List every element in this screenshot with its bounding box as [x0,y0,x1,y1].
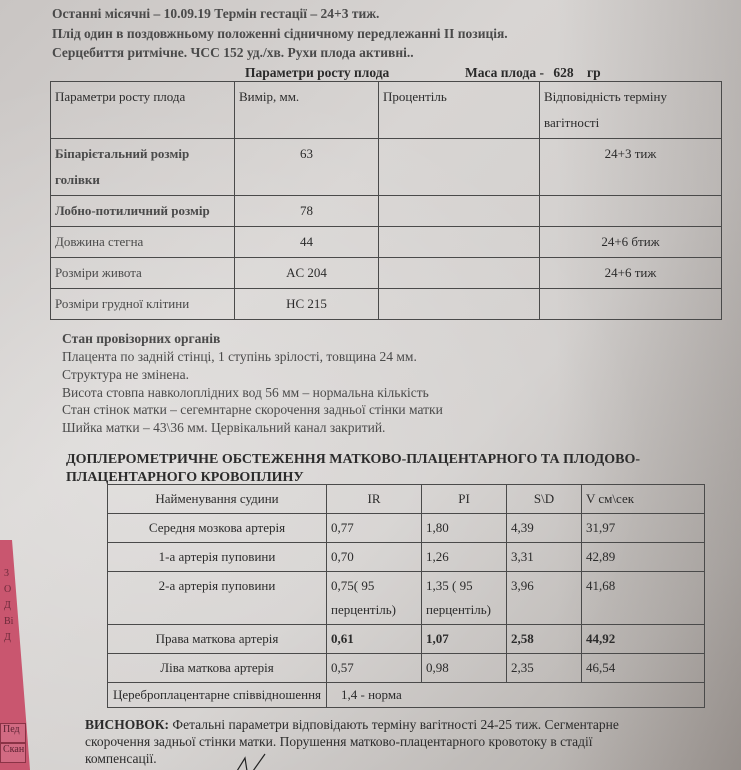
signature-mark [235,752,275,770]
ir-value: 0,61 [327,625,422,654]
param-term [540,196,722,227]
param-name: Лобно-потиличний розмір [51,196,235,227]
table-row: Середня мозкова артерія 0,77 1,80 4,39 3… [108,514,705,543]
pink-letter: Д [4,600,11,611]
param-percentile [379,227,540,258]
conclusion-line2: скорочення задньої стінки матки. Порушен… [85,734,593,750]
vessel-name: Ліва маткова артерія [108,654,327,683]
param-term: 24+6 тиж [540,258,722,289]
doppler-table: Найменування судини IR PI S\D V см\сек С… [107,484,705,708]
column-header: S\D [507,485,582,514]
param-percentile [379,196,540,227]
param-name: Довжина стегна [51,227,235,258]
fetus-position-line: Плід один в поздовжньому положенні сідни… [52,26,508,42]
fetal-mass-value: 628 [553,65,573,80]
column-header: V см\сек [582,485,705,514]
vessel-name: 1-а артерія пуповини [108,543,327,572]
sd-value: 2,58 [507,625,582,654]
table-row: Цереброплацентарне співвідношення 1,4 - … [108,683,705,708]
pink-letter: Д [4,632,11,643]
table-row: Ліва маткова артерія 0,57 0,98 2,35 46,5… [108,654,705,683]
v-value: 44,92 [582,625,705,654]
vessel-name: Права маткова артерія [108,625,327,654]
ir-value: 0,77 [327,514,422,543]
column-header: IR [327,485,422,514]
provisional-line: Висота стовпа навколоплідних вод 56 мм –… [62,385,429,401]
pink-letter: 3 [4,568,9,579]
table-row: Лобно-потиличний розмір 78 [51,196,722,227]
table-row: Довжина стегна 44 24+6 бтиж [51,227,722,258]
param-percentile [379,139,540,196]
param-name: Розміри грудної клітини [51,289,235,320]
pi-value: 1,80 [422,514,507,543]
pink-letter: Ві [4,616,13,627]
column-header: Відповідність терміну вагітності [540,82,722,139]
v-value: 42,89 [582,543,705,572]
pink-letter: О [4,584,11,595]
column-header: Параметри росту плода [51,82,235,139]
fetal-mass-unit: гр [587,65,601,80]
provisional-title: Стан провізорних органів [62,331,220,347]
vessel-name: Середня мозкова артерія [108,514,327,543]
column-header: Вимір, мм. [235,82,379,139]
provisional-line: Шийка матки – 43\36 мм. Цервікальний кан… [62,420,385,436]
column-header: Процентіль [379,82,540,139]
provisional-line: Структура не змінена. [62,367,189,383]
growth-parameters-table: Параметри росту плода Вимір, мм. Процент… [50,81,722,320]
table-row: Права маткова артерія 0,61 1,07 2,58 44,… [108,625,705,654]
sd-value: 3,31 [507,543,582,572]
param-value: 78 [235,196,379,227]
conclusion-line3: компенсації. [85,751,157,767]
param-percentile [379,258,540,289]
vessel-name: 2-а артерія пуповини [108,572,327,625]
column-header: PI [422,485,507,514]
table-row: Розміри грудної клітини HC 215 [51,289,722,320]
pi-value: 1,07 [422,625,507,654]
v-value: 46,54 [582,654,705,683]
param-percentile [379,289,540,320]
param-value: HC 215 [235,289,379,320]
conclusion-label: ВИСНОВОК: [85,717,169,732]
pi-value: 1,35 ( 95 перцентіль) [422,572,507,625]
param-name: Біпарієтальний розмір голівки [51,139,235,196]
v-value: 31,97 [582,514,705,543]
param-value: 63 [235,139,379,196]
fetal-mass-label: Маса плода - [465,65,544,80]
ir-value: 0,57 [327,654,422,683]
param-term: 24+6 бтиж [540,227,722,258]
sd-value: 3,96 [507,572,582,625]
heartbeat-line: Серцебиття ритмічне. ЧСС 152 уд./хв. Рух… [52,45,414,61]
pink-form-label: Скан [0,743,26,763]
growth-title: Параметри росту плода [245,65,389,81]
cpr-label: Цереброплацентарне співвідношення [108,683,327,708]
last-period-line: Останні місячні – 10.09.19 Термін гестац… [52,6,379,22]
ir-value: 0,75( 95 перцентіль) [327,572,422,625]
table-row: 2-а артерія пуповини 0,75( 95 перцентіль… [108,572,705,625]
column-header: Найменування судини [108,485,327,514]
cpr-value: 1,4 - норма [327,683,705,708]
table-row: Біпарієтальний розмір голівки 63 24+3 ти… [51,139,722,196]
provisional-line: Плацента по задній стінці, 1 ступінь зрі… [62,349,417,365]
table-row: Розміри живота AC 204 24+6 тиж [51,258,722,289]
table-header-row: Параметри росту плода Вимір, мм. Процент… [51,82,722,139]
param-value: 44 [235,227,379,258]
fetal-mass: Маса плода - 628 гр [465,65,601,81]
param-name: Розміри живота [51,258,235,289]
v-value: 41,68 [582,572,705,625]
sd-value: 2,35 [507,654,582,683]
table-row: 1-а артерія пуповини 0,70 1,26 3,31 42,8… [108,543,705,572]
pink-form-label: Пед [0,723,26,743]
param-term: 24+3 тиж [540,139,722,196]
table-header-row: Найменування судини IR PI S\D V см\сек [108,485,705,514]
ir-value: 0,70 [327,543,422,572]
provisional-line: Стан стінок матки – сегемнтарне скорочен… [62,402,443,418]
param-value: AC 204 [235,258,379,289]
pi-value: 1,26 [422,543,507,572]
doppler-title-line1: ДОПЛЕРОМЕТРИЧНЕ ОБСТЕЖЕННЯ МАТКОВО-ПЛАЦЕ… [66,452,640,468]
pi-value: 0,98 [422,654,507,683]
param-term [540,289,722,320]
conclusion-line1: ВИСНОВОК: Фетальні параметри відповідают… [85,717,619,733]
conclusion-text: Фетальні параметри відповідають терміну … [172,717,618,732]
sd-value: 4,39 [507,514,582,543]
